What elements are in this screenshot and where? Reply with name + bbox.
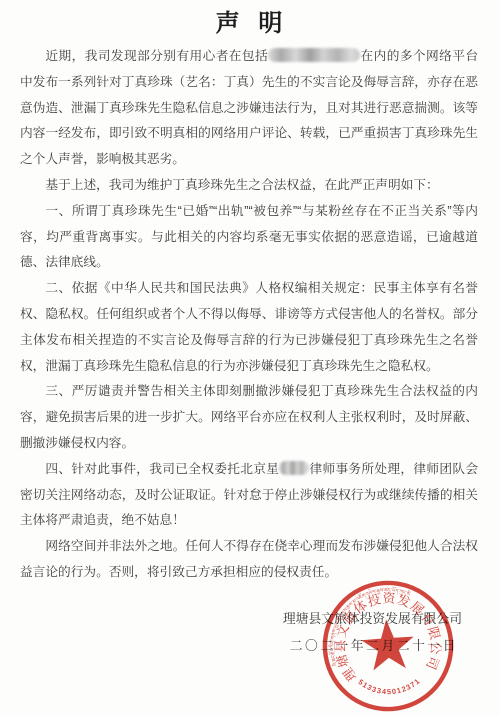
paragraph: 一、所谓丁真珍珠先生“已婚”“出轨”“被包养”“与某粉丝存在不正当关系”等内容，… (20, 199, 478, 276)
document-body: 近期，我司发现部分别有用心者在包括在内的多个网络平台中发布一系列针对丁真珍珠（艺… (20, 44, 478, 586)
seal-star-icon (360, 618, 416, 672)
paragraph: 三、严厉谴责并警告相关主体即刻删撤涉嫌侵犯丁真珍珠先生合法权益的内容，避免损害后… (20, 379, 478, 456)
official-seal: ལི་ཐང་རྫོང་རིག་གནས་ཡུལ་སྐོར་ལུས་རྩལ་མ་འཇ… (314, 572, 461, 716)
seal-serial-number: 5133345012371 (356, 673, 423, 698)
redaction-blur (268, 48, 360, 62)
paragraph: 二、依据《中华人民共和国民法典》人格权编相关规定：民事主体享有名誉权、隐私权。任… (20, 276, 478, 379)
redaction-blur (279, 461, 309, 475)
paragraph: 近期，我司发现部分别有用心者在包括在内的多个网络平台中发布一系列针对丁真珍珠（艺… (20, 44, 478, 173)
svg-text:5133345012371: 5133345012371 (356, 673, 423, 698)
statement-document: 声 明 近期，我司发现部分别有用心者在包括在内的多个网络平台中发布一系列针对丁真… (0, 0, 500, 716)
paragraph: 四、针对此事件，我司已全权委托北京星律师事务所处理，律师团队会密切关注网络动态，… (20, 457, 478, 534)
paragraph: 基于上述，我司为维护丁真珍珠先生之合法权益，在此严正声明如下： (20, 173, 478, 199)
document-title: 声 明 (20, 9, 478, 39)
